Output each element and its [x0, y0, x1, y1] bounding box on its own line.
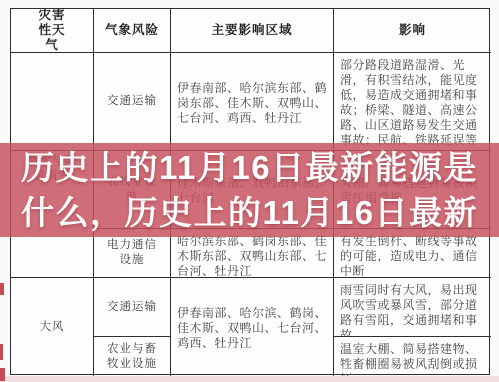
banner-title-line2: 什么，历史上的11月16日最新: [21, 191, 478, 234]
banner-title-line1: 历史上的11月16日最新能源是: [21, 146, 478, 189]
snow-weather-empty-cell: [11, 53, 94, 151]
wind-impact-agriculture-cell: 温室大棚、简易搭建物、牲畜棚圈易被风刮倒或损坏: [334, 337, 491, 376]
header-impact: 影响: [334, 9, 491, 53]
snow-risk-transport-cell: 交通运输: [94, 53, 171, 151]
snow-risk-transport-label: 交通运输: [107, 94, 157, 109]
wind-weather-label: 大风: [40, 320, 65, 335]
header-region-label: 主要影响区域: [211, 23, 292, 38]
wind-risk-agriculture-cell: 农业与畜牧业设施: [94, 337, 171, 376]
snow-region-transport-cell: 伊春南部、哈尔滨东部、鹤岗东部、佳木斯、双鸭山、七台河、鸡西、牡丹江: [171, 53, 334, 151]
wind-weather-cell: 大风: [11, 278, 94, 376]
header-weather-label: 灾害性天气: [32, 9, 72, 53]
header-impact-label: 影响: [399, 23, 426, 38]
photo-bottom-strip: [0, 376, 499, 382]
wind-risk-agriculture-label: 农业与畜牧业设施: [105, 342, 159, 372]
wind-risk-transport-label: 交通运输: [107, 300, 157, 315]
header-region: 主要影响区域: [171, 9, 334, 53]
wind-risk-transport-cell: 交通运输: [94, 278, 171, 337]
photo-edge-mark: [0, 344, 3, 360]
snow-impact-transport-cell: 部分路段道路湿滑、光滑，有积雪结冰，能见度低，易造成交通拥堵和事故；桥梁、隧道、…: [334, 53, 491, 151]
wind-impact-transport-cell: 雨雪同时有大风，易出现风吹雪或暴风雪，部分道路有雪阻，交通拥堵和事故: [334, 278, 491, 337]
photo-edge-mark: [0, 283, 4, 295]
snow-risk-power-label: 电力通信设施: [105, 238, 159, 268]
photo-background: 灾害性天气 气象风险 主要影响区域 影响 暴雪与降温雨雪 交通运输 伊春南部、哈…: [0, 0, 499, 382]
header-risk-label: 气象风险: [105, 23, 159, 38]
photo-edge-mark: [0, 368, 5, 381]
header-risk: 气象风险: [94, 9, 171, 53]
header-weather: 灾害性天气: [11, 9, 94, 53]
wind-region-cell: 伊春南部、哈尔滨、鹤岗、佳木斯、双鸭山、七台河、鸡西、牡丹江: [171, 278, 334, 376]
title-overlay-banner: 历史上的11月16日最新能源是 什么，历史上的11月16日最新: [0, 143, 499, 237]
